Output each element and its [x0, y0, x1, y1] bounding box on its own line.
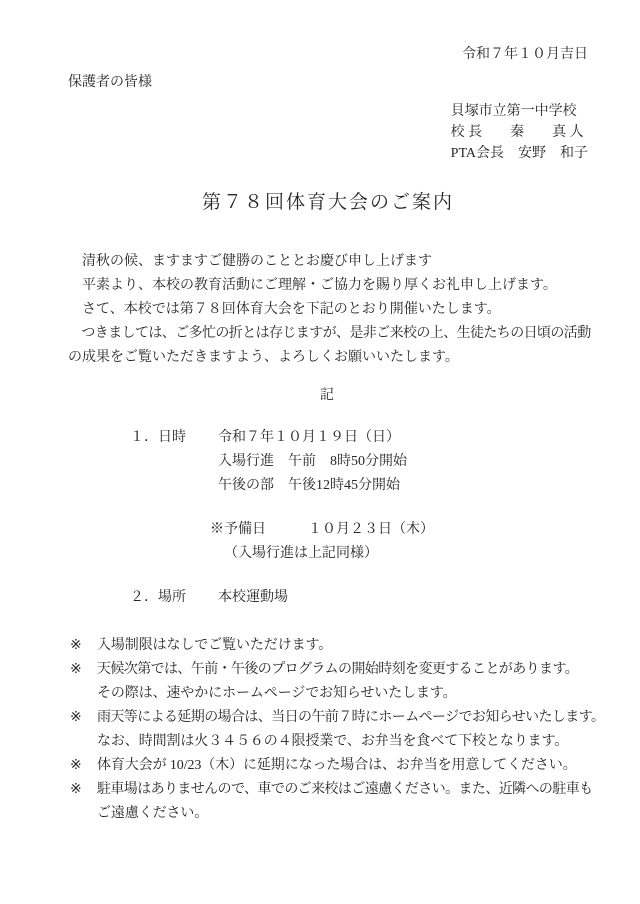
note-row: ※ 駐車場はありませんので、車でのご来校はご遠慮ください。また、近隣への駐車も …	[68, 778, 588, 826]
note-line: 体育大会が 10/23（木）に延期になった場合は、お弁当を用意してください。	[97, 754, 577, 778]
schedule-item: １．日時 令和７年１０月１９日（日） 入場行進 午前 8時50分開始 午後の部 …	[68, 426, 588, 498]
reserve-day-block: ※予備日 １０月２３日（木） （入場行進は上記同様）	[210, 518, 588, 566]
sender-principal: 校 長 秦 真 人	[451, 122, 588, 143]
schedule-label: １．日時	[130, 426, 218, 450]
note-marker: ※	[70, 754, 97, 778]
note-row: ※ 入場制限はなしでご覧いただけます。	[68, 634, 588, 658]
document-title: 第７８回体育大会のご案内	[68, 190, 588, 216]
place-value: 本校運動場	[218, 586, 288, 610]
note-line: その際は、速やかにホームページでお知らせいたします。	[97, 682, 578, 706]
sender-school: 貝塚市立第一中学校	[451, 101, 588, 122]
greeting-line: の成果をご覧いただきますよう、よろしくお願いいたします。	[68, 346, 588, 370]
note-line: 入場制限はなしでご覧いただけます。	[97, 634, 332, 658]
note-row: ※ 雨天等による延期の場合は、当日の午前７時にホームページでお知らせいたします。…	[68, 706, 588, 754]
schedule-morning-line: 入場行進 午前 8時50分開始	[218, 450, 407, 474]
notes-list: ※ 入場制限はなしでご覧いただけます。 ※ 天候次第では、午前・午後のプログラム…	[68, 634, 588, 826]
sender-pta: PTA会長 安野 和子	[451, 143, 588, 164]
note-line: なお、時間割は火３４５６の４限授業で、お弁当を食べて下校となります。	[97, 730, 604, 754]
note-marker: ※	[70, 658, 97, 682]
note-line: ご遠慮ください。	[97, 802, 593, 826]
note-row: ※ 体育大会が 10/23（木）に延期になった場合は、お弁当を用意してください。	[68, 754, 588, 778]
note-marker: ※	[70, 634, 97, 658]
sender-block: 貝塚市立第一中学校 校 長 秦 真 人 PTA会長 安野 和子	[68, 101, 588, 164]
note-line: 雨天等による延期の場合は、当日の午前７時にホームページでお知らせいたします。	[97, 706, 604, 730]
place-label: ２．場所	[130, 586, 218, 610]
reserve-date-line: ※予備日 １０月２３日（木）	[210, 518, 588, 542]
note-line: 駐車場はありませんので、車でのご来校はご遠慮ください。また、近隣への駐車も	[97, 778, 593, 802]
reserve-note-line: （入場行進は上記同様）	[224, 542, 588, 566]
note-marker: ※	[70, 778, 97, 802]
schedule-date-line: 令和７年１０月１９日（日）	[218, 426, 407, 450]
addressee: 保護者の皆様	[68, 72, 588, 94]
note-row: ※ 天候次第では、午前・午後のプログラムの開始時刻を変更することがあります。 そ…	[68, 658, 588, 706]
greeting-line: さて、本校では第７８回体育大会を下記のとおり開催いたします。	[68, 298, 588, 322]
greeting-line: 平素より、本校の教育活動にご理解・ご協力を賜り厚くお礼申し上げます。	[68, 274, 588, 298]
place-item: ２．場所 本校運動場	[68, 586, 588, 610]
greeting-line: つきましては、ご多忙の折とは存じますが、是非ご来校の上、生徒たちの日頃の活動	[68, 322, 588, 346]
issue-date: 令和７年１０月吉日	[68, 44, 588, 66]
note-line: 天候次第では、午前・午後のプログラムの開始時刻を変更することがあります。	[97, 658, 578, 682]
greeting-line: 清秋の候、ますますご健勝のこととお慶び申し上げます	[68, 250, 588, 274]
note-marker: ※	[70, 706, 97, 730]
section-marker-ki: 記	[68, 384, 588, 408]
document-page: 令和７年１０月吉日 保護者の皆様 貝塚市立第一中学校 校 長 秦 真 人 PTA…	[0, 0, 640, 904]
schedule-afternoon-line: 午後の部 午後12時45分開始	[218, 474, 407, 498]
greeting-paragraphs: 清秋の候、ますますご健勝のこととお慶び申し上げます 平素より、本校の教育活動にご…	[68, 250, 588, 370]
